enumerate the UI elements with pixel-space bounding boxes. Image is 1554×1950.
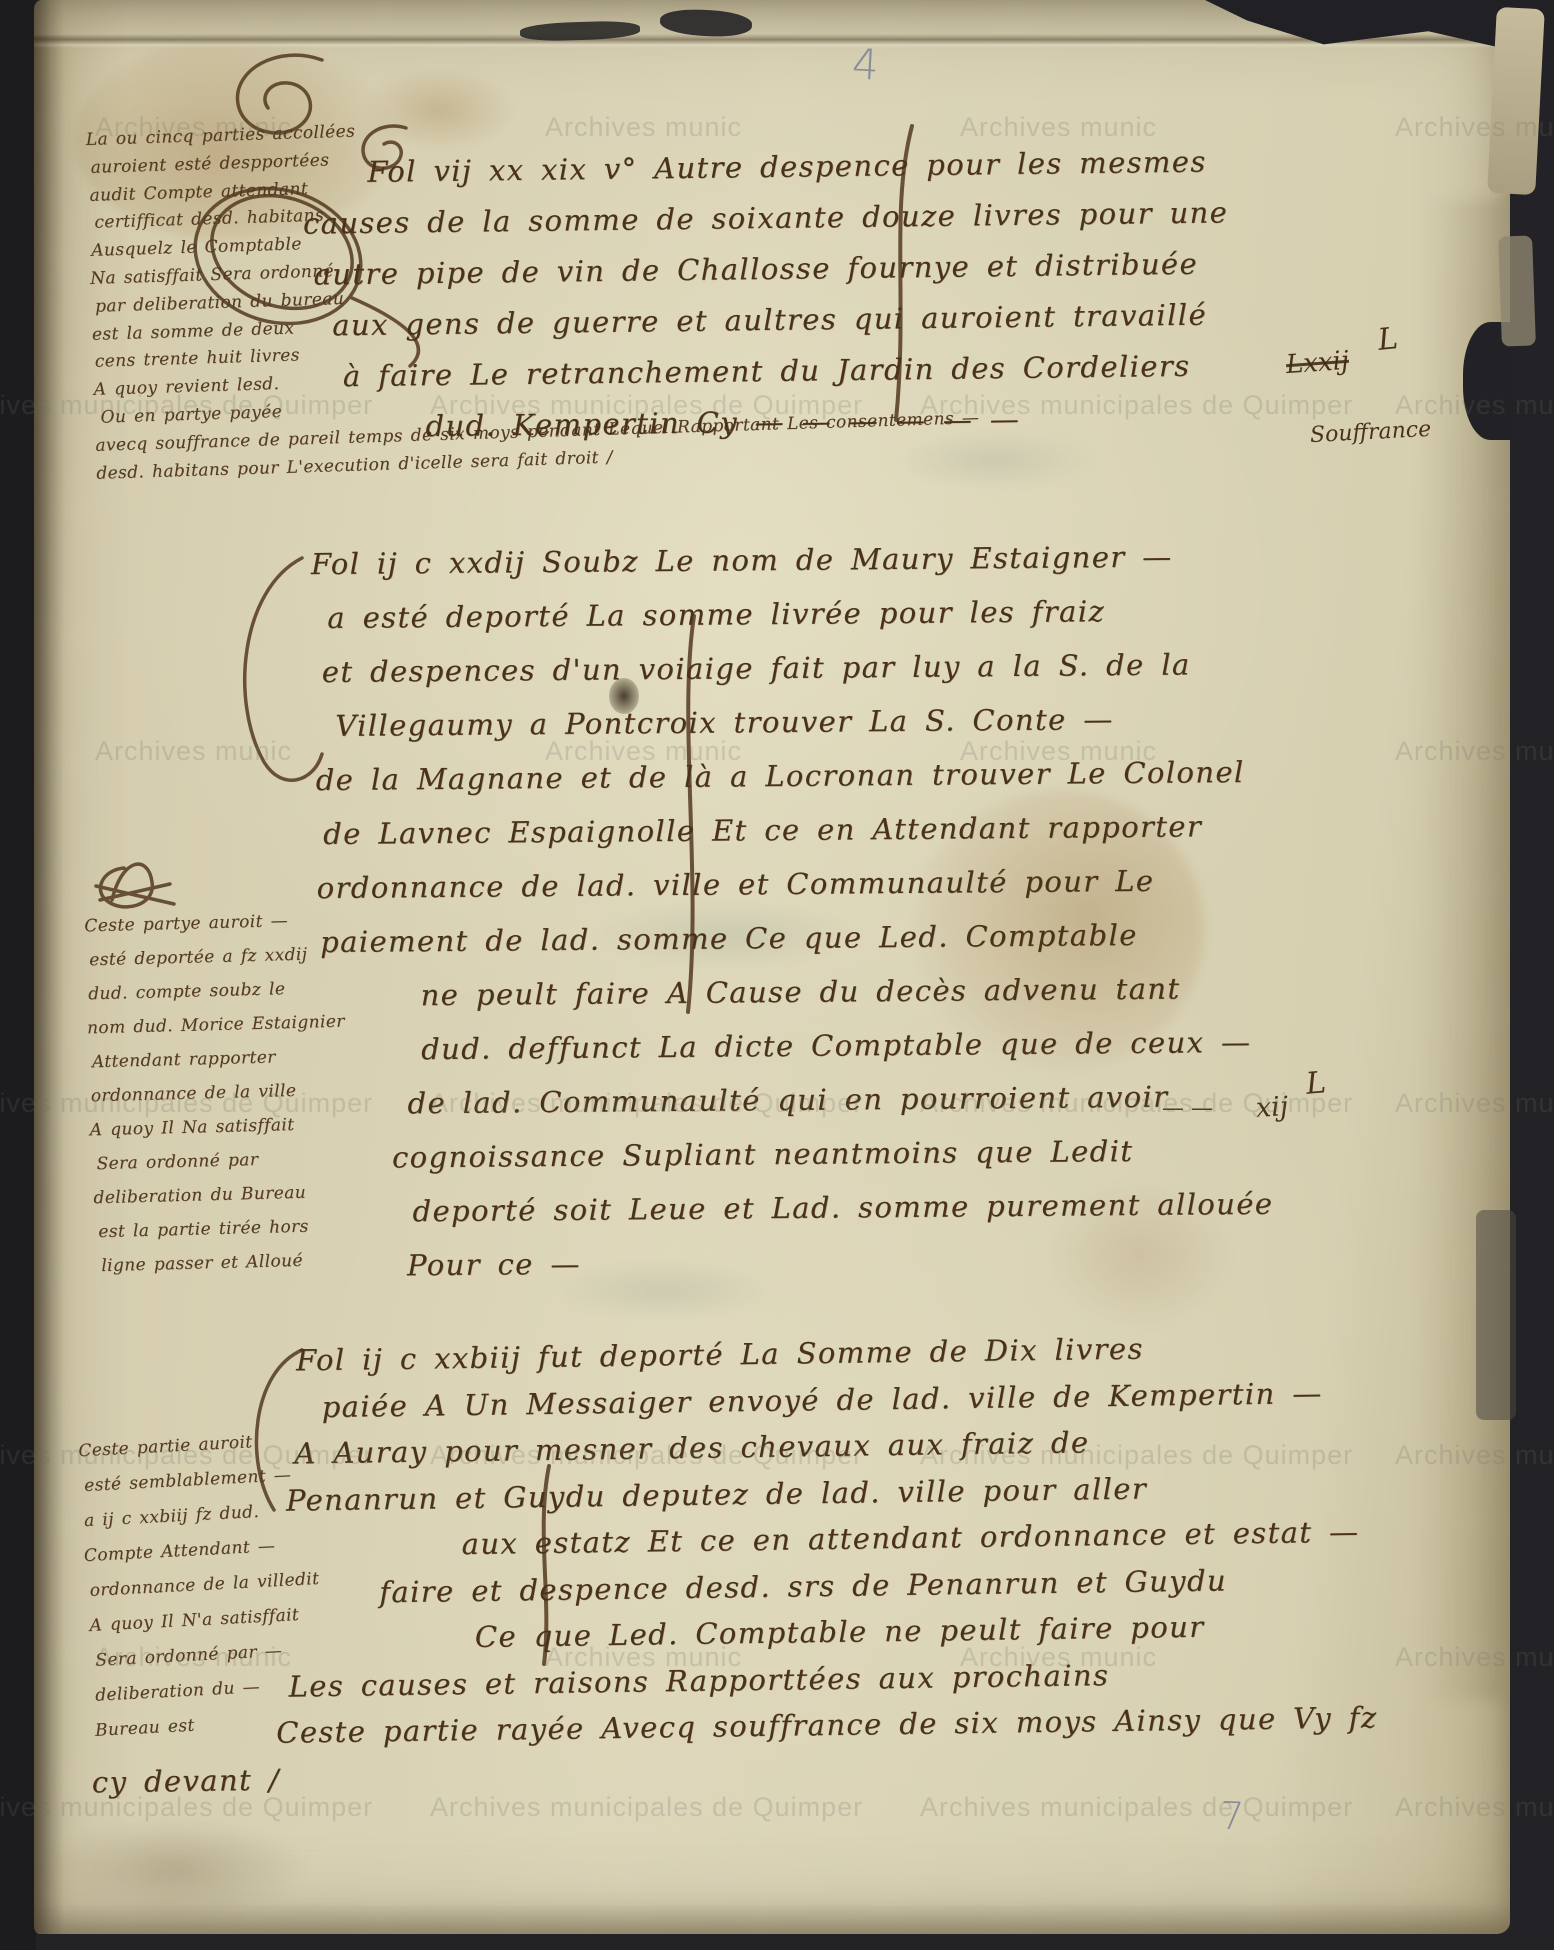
folio-number-bottom: 7: [1219, 1794, 1245, 1839]
entry3-main-text: Fol ij c xxbiij fut deporté La Somme de …: [281, 1328, 1379, 1808]
folio-number-top: 4: [851, 39, 880, 89]
entry2-main-text: Fol ij c xxdij Soubz Le nom de Maury Est…: [299, 539, 1274, 1303]
stain: [44, 1820, 304, 1920]
flourish-spiral-top: [237, 55, 322, 133]
manuscript-line: de la Magnane et de là a Locronan trouve…: [316, 755, 1270, 817]
manuscript-line: ordonnance de lad. ville et Communaulté …: [317, 863, 1271, 925]
entry2-amount-dashes: — —: [1162, 1096, 1213, 1121]
manuscript-line: et despences d'un voiaige fait par luy a…: [322, 647, 1269, 709]
paraph-cross-stroke: [96, 884, 174, 904]
fold-crease: [34, 34, 1510, 48]
manuscript-line: dud. deffunct La dicte Comptable que de …: [421, 1025, 1272, 1086]
entry2-livre-symbol: L: [1305, 1065, 1328, 1102]
entry1-status-note: Souffrance: [1309, 417, 1431, 448]
entry1-livre-symbol: L: [1376, 321, 1399, 358]
gutter-shadow: [34, 0, 64, 1934]
manuscript-line: de Lavnec Espaignolle Et ce en Attendant…: [323, 809, 1270, 871]
scan-background: La ou cincq parties accolléesauroient es…: [0, 0, 1554, 1950]
manuscript-line: dud. Kempertin Cy — — — — — —: [425, 399, 1231, 460]
entry2-amount: xij: [1255, 1091, 1289, 1124]
manuscript-page: La ou cincq parties accolléesauroient es…: [34, 0, 1510, 1934]
manuscript-line: Fol ij c xxdij Soubz Le nom de Maury Est…: [311, 539, 1268, 601]
folded-top-edge: [34, 0, 1510, 36]
manuscript-line: ne peult faire A Cause du decès advenu t…: [420, 971, 1271, 1032]
entry1-amount-struck: Lxxij: [1285, 346, 1350, 380]
manuscript-line: Pour ce —: [407, 1241, 1274, 1303]
manuscript-line: de lad. Communaulté qui en pourroient av…: [407, 1079, 1272, 1141]
entry1-main-text: Fol vij xx xix v° Autre despence pour le…: [302, 144, 1231, 461]
edge-grime: [1424, 200, 1504, 1700]
manuscript-line: a esté deporté La somme livrée pour les …: [327, 593, 1268, 655]
manuscript-line: paiement de lad. somme Ce que Led. Compt…: [320, 917, 1271, 979]
paraph-mark: [100, 864, 152, 907]
manuscript-line: cognoissance Supliant neantmoins que Led…: [392, 1133, 1273, 1195]
manuscript-line: deporté soit Leue et Lad. somme purement…: [412, 1187, 1273, 1249]
manuscript-line: Villegaumy a Pontcroix trouver La S. Con…: [335, 701, 1269, 763]
